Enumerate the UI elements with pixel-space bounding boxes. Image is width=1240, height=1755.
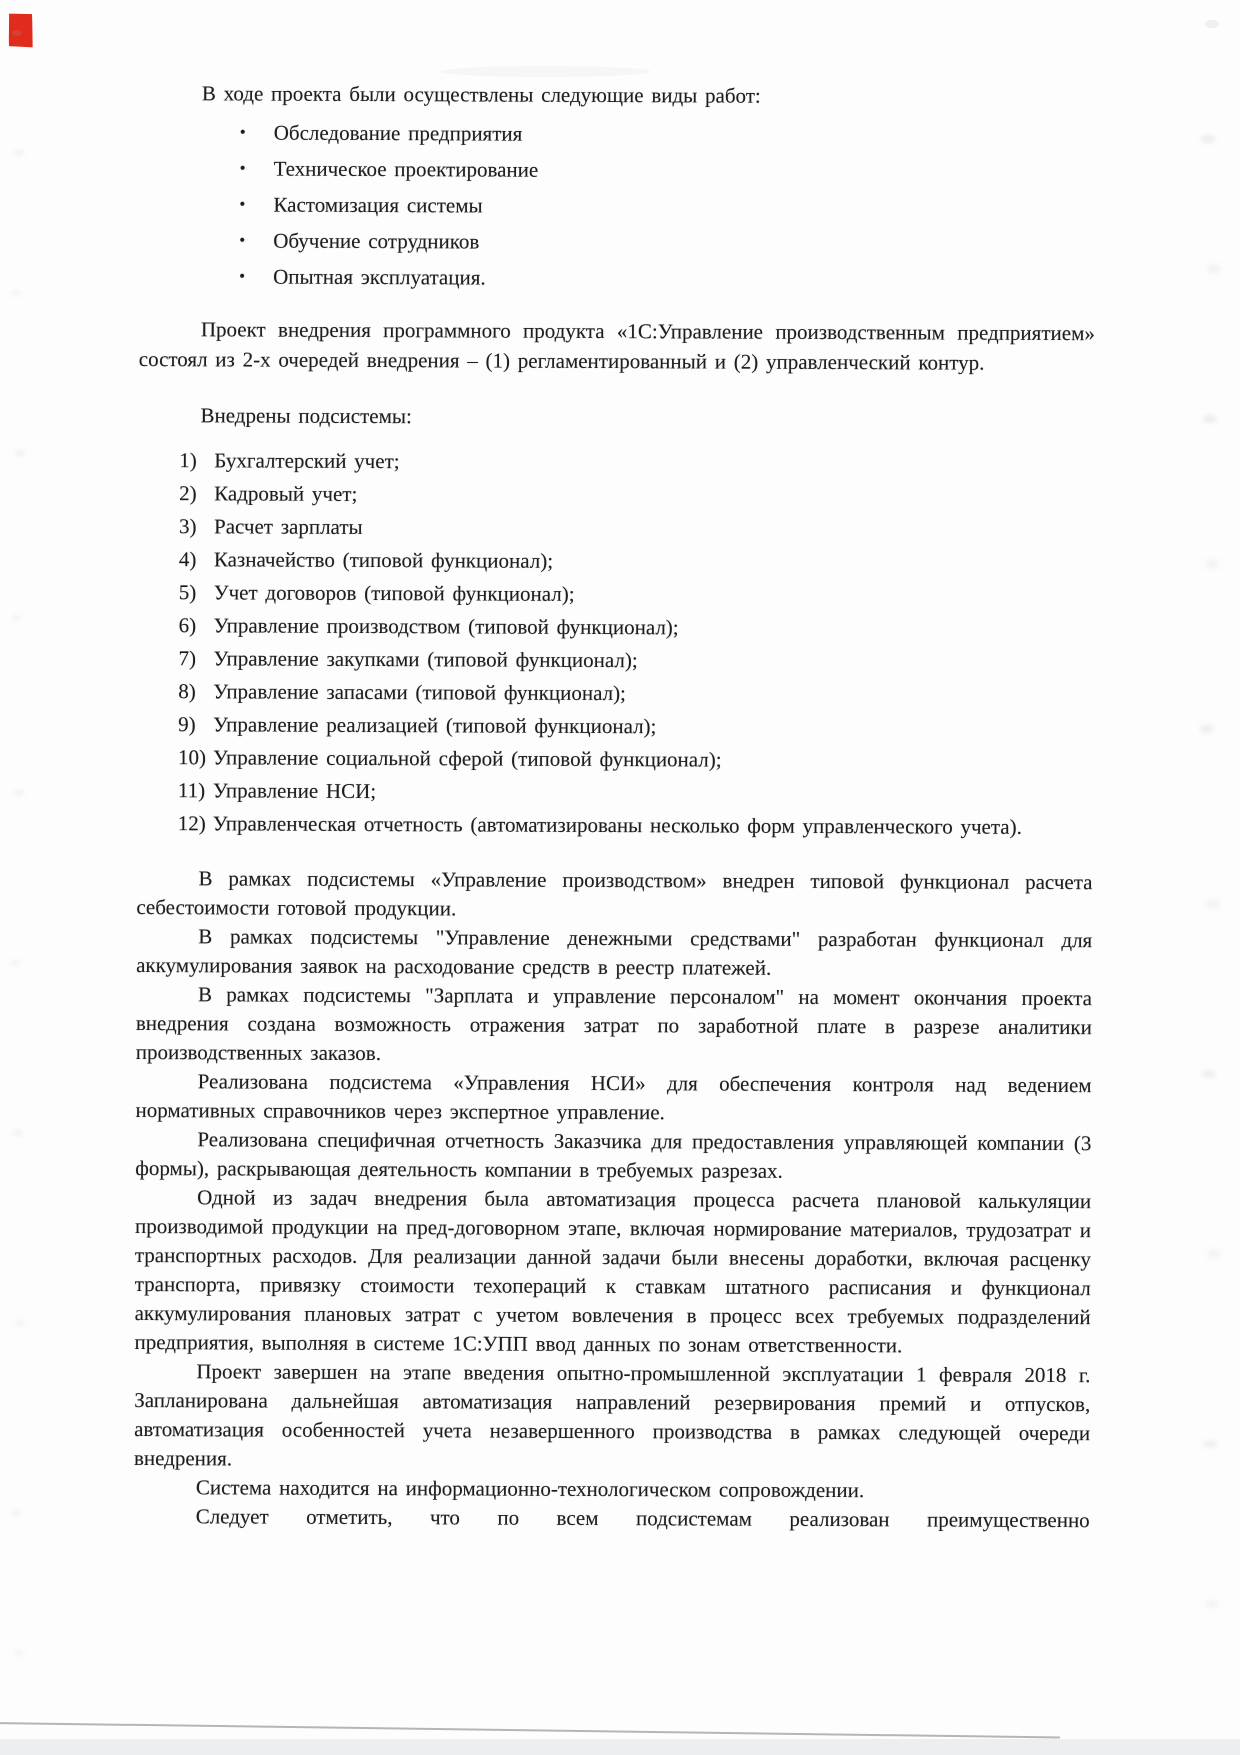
subsystems-list: 1) Бухгалтерский учет; 2) Кадровый учет;… [178, 444, 1095, 844]
numbered-list-item: 1) Бухгалтерский учет; [179, 444, 1094, 481]
item-text: Управленческая отчетность (автоматизиров… [213, 807, 1093, 844]
scanned-document-page: В ходе проекта были осуществлены следующ… [0, 0, 1240, 1755]
numbered-list-item: 5) Учет договоров (типовой функционал); [179, 576, 1094, 613]
numbered-list-item: 10) Управление социальной сферой (типово… [178, 741, 1093, 778]
project-scope-paragraph: Проект внедрения программного продукта «… [139, 314, 1095, 378]
numbered-list-item: 9) Управление реализацией (типовой функц… [178, 708, 1093, 745]
bullet-icon: • [240, 114, 274, 150]
numbered-list-item: 3) Расчет зарплаты [179, 510, 1094, 547]
item-text: Управление реализацией (типовой функцион… [213, 708, 1093, 745]
numbered-list-item: 11) Управление НСИ; [178, 774, 1093, 811]
item-text: Расчет зарплаты [214, 510, 1094, 547]
item-text: Кадровый учет; [214, 477, 1094, 514]
item-number: 1) [179, 444, 214, 477]
item-text: Управление запасами (типовой функционал)… [213, 675, 1093, 712]
list-item: • Обследование предприятия [240, 114, 1096, 154]
bullet-icon: • [240, 150, 274, 186]
item-text: Управление НСИ; [213, 774, 1093, 811]
item-number: 2) [179, 477, 214, 510]
item-number: 9) [178, 708, 213, 741]
subsystems-heading: Внедрены подсистемы: [138, 400, 1094, 434]
item-number: 8) [178, 675, 213, 708]
paragraph-completion: Проект завершен на этапе введения опытно… [134, 1357, 1090, 1477]
numbered-list-item: 4) Казначейство (типовой функционал); [179, 543, 1094, 580]
numbered-list-item: 2) Кадровый учет; [179, 477, 1094, 514]
body-paragraphs: В рамках подсистемы «Управление производ… [134, 864, 1093, 1535]
item-number: 4) [179, 543, 214, 576]
numbered-list-item: 12) Управленческая отчетность (автоматиз… [178, 807, 1093, 844]
document-text-block: В ходе проекта были осуществлены следующ… [134, 78, 1096, 1535]
list-item-text: Обучение сотрудников [273, 223, 479, 260]
item-text: Бухгалтерский учет; [214, 444, 1094, 481]
item-number: 5) [179, 576, 214, 609]
bullet-icon: • [239, 186, 273, 222]
list-item: • Опытная эксплуатация. [239, 258, 1095, 298]
scanner-smudge-top [440, 66, 650, 77]
bullet-icon: • [239, 258, 273, 294]
list-item-text: Техническое проектирование [274, 151, 539, 188]
list-item: • Кастомизация системы [239, 186, 1095, 226]
scanner-noise-left-edge [12, 30, 22, 36]
list-item-text: Опытная эксплуатация. [273, 259, 486, 296]
intro-paragraph: В ходе проекта были осуществлены следующ… [140, 78, 1096, 112]
item-number: 11) [178, 774, 213, 807]
numbered-list-item: 8) Управление запасами (типовой функцион… [178, 675, 1093, 712]
item-number: 10) [178, 741, 213, 774]
paragraph-support: Система находится на информационно-техно… [134, 1473, 1090, 1506]
item-number: 7) [178, 642, 213, 675]
list-item: • Обучение сотрудников [239, 222, 1095, 262]
scan-edge-line [0, 1722, 1060, 1739]
item-text: Учет договоров (типовой функционал); [214, 576, 1094, 613]
numbered-list-item: 6) Управление производством (типовой фун… [179, 609, 1094, 646]
paragraph-payroll: В рамках подсистемы "Зарплата и управлен… [136, 980, 1092, 1071]
item-number: 6) [179, 609, 214, 642]
bullet-icon: • [239, 222, 273, 258]
list-item-text: Кастомизация системы [273, 187, 482, 224]
paragraph-cost-calculation: Одной из задач внедрения была автоматиза… [134, 1183, 1091, 1361]
item-text: Управление социальной сферой (типовой фу… [213, 741, 1093, 778]
item-number: 12) [178, 807, 213, 840]
item-number: 3) [179, 510, 214, 543]
numbered-list-item: 7) Управление закупками (типовой функцио… [178, 642, 1093, 679]
paragraph-final-truncated: Следует отметить, что по всем подсистема… [134, 1502, 1090, 1535]
paragraph-cash-management: В рамках подсистемы "Управление денежным… [136, 922, 1092, 984]
item-text: Управление закупками (типовой функционал… [213, 642, 1093, 679]
paragraph-reporting: Реализована специфичная отчетность Заказ… [135, 1125, 1091, 1187]
item-text: Управление производством (типовой функци… [214, 609, 1094, 646]
paragraph-nsi: Реализована подсистема «Управления НСИ» … [135, 1067, 1091, 1129]
scan-bottom-band [0, 1739, 1240, 1755]
work-types-list: • Обследование предприятия • Техническое… [239, 114, 1096, 298]
paragraph-production: В рамках подсистемы «Управление производ… [136, 864, 1092, 926]
list-item: • Техническое проектирование [240, 150, 1096, 190]
item-text: Казначейство (типовой функционал); [214, 543, 1094, 580]
scanner-noise-right-edge [1205, 20, 1219, 28]
list-item-text: Обследование предприятия [274, 115, 523, 152]
